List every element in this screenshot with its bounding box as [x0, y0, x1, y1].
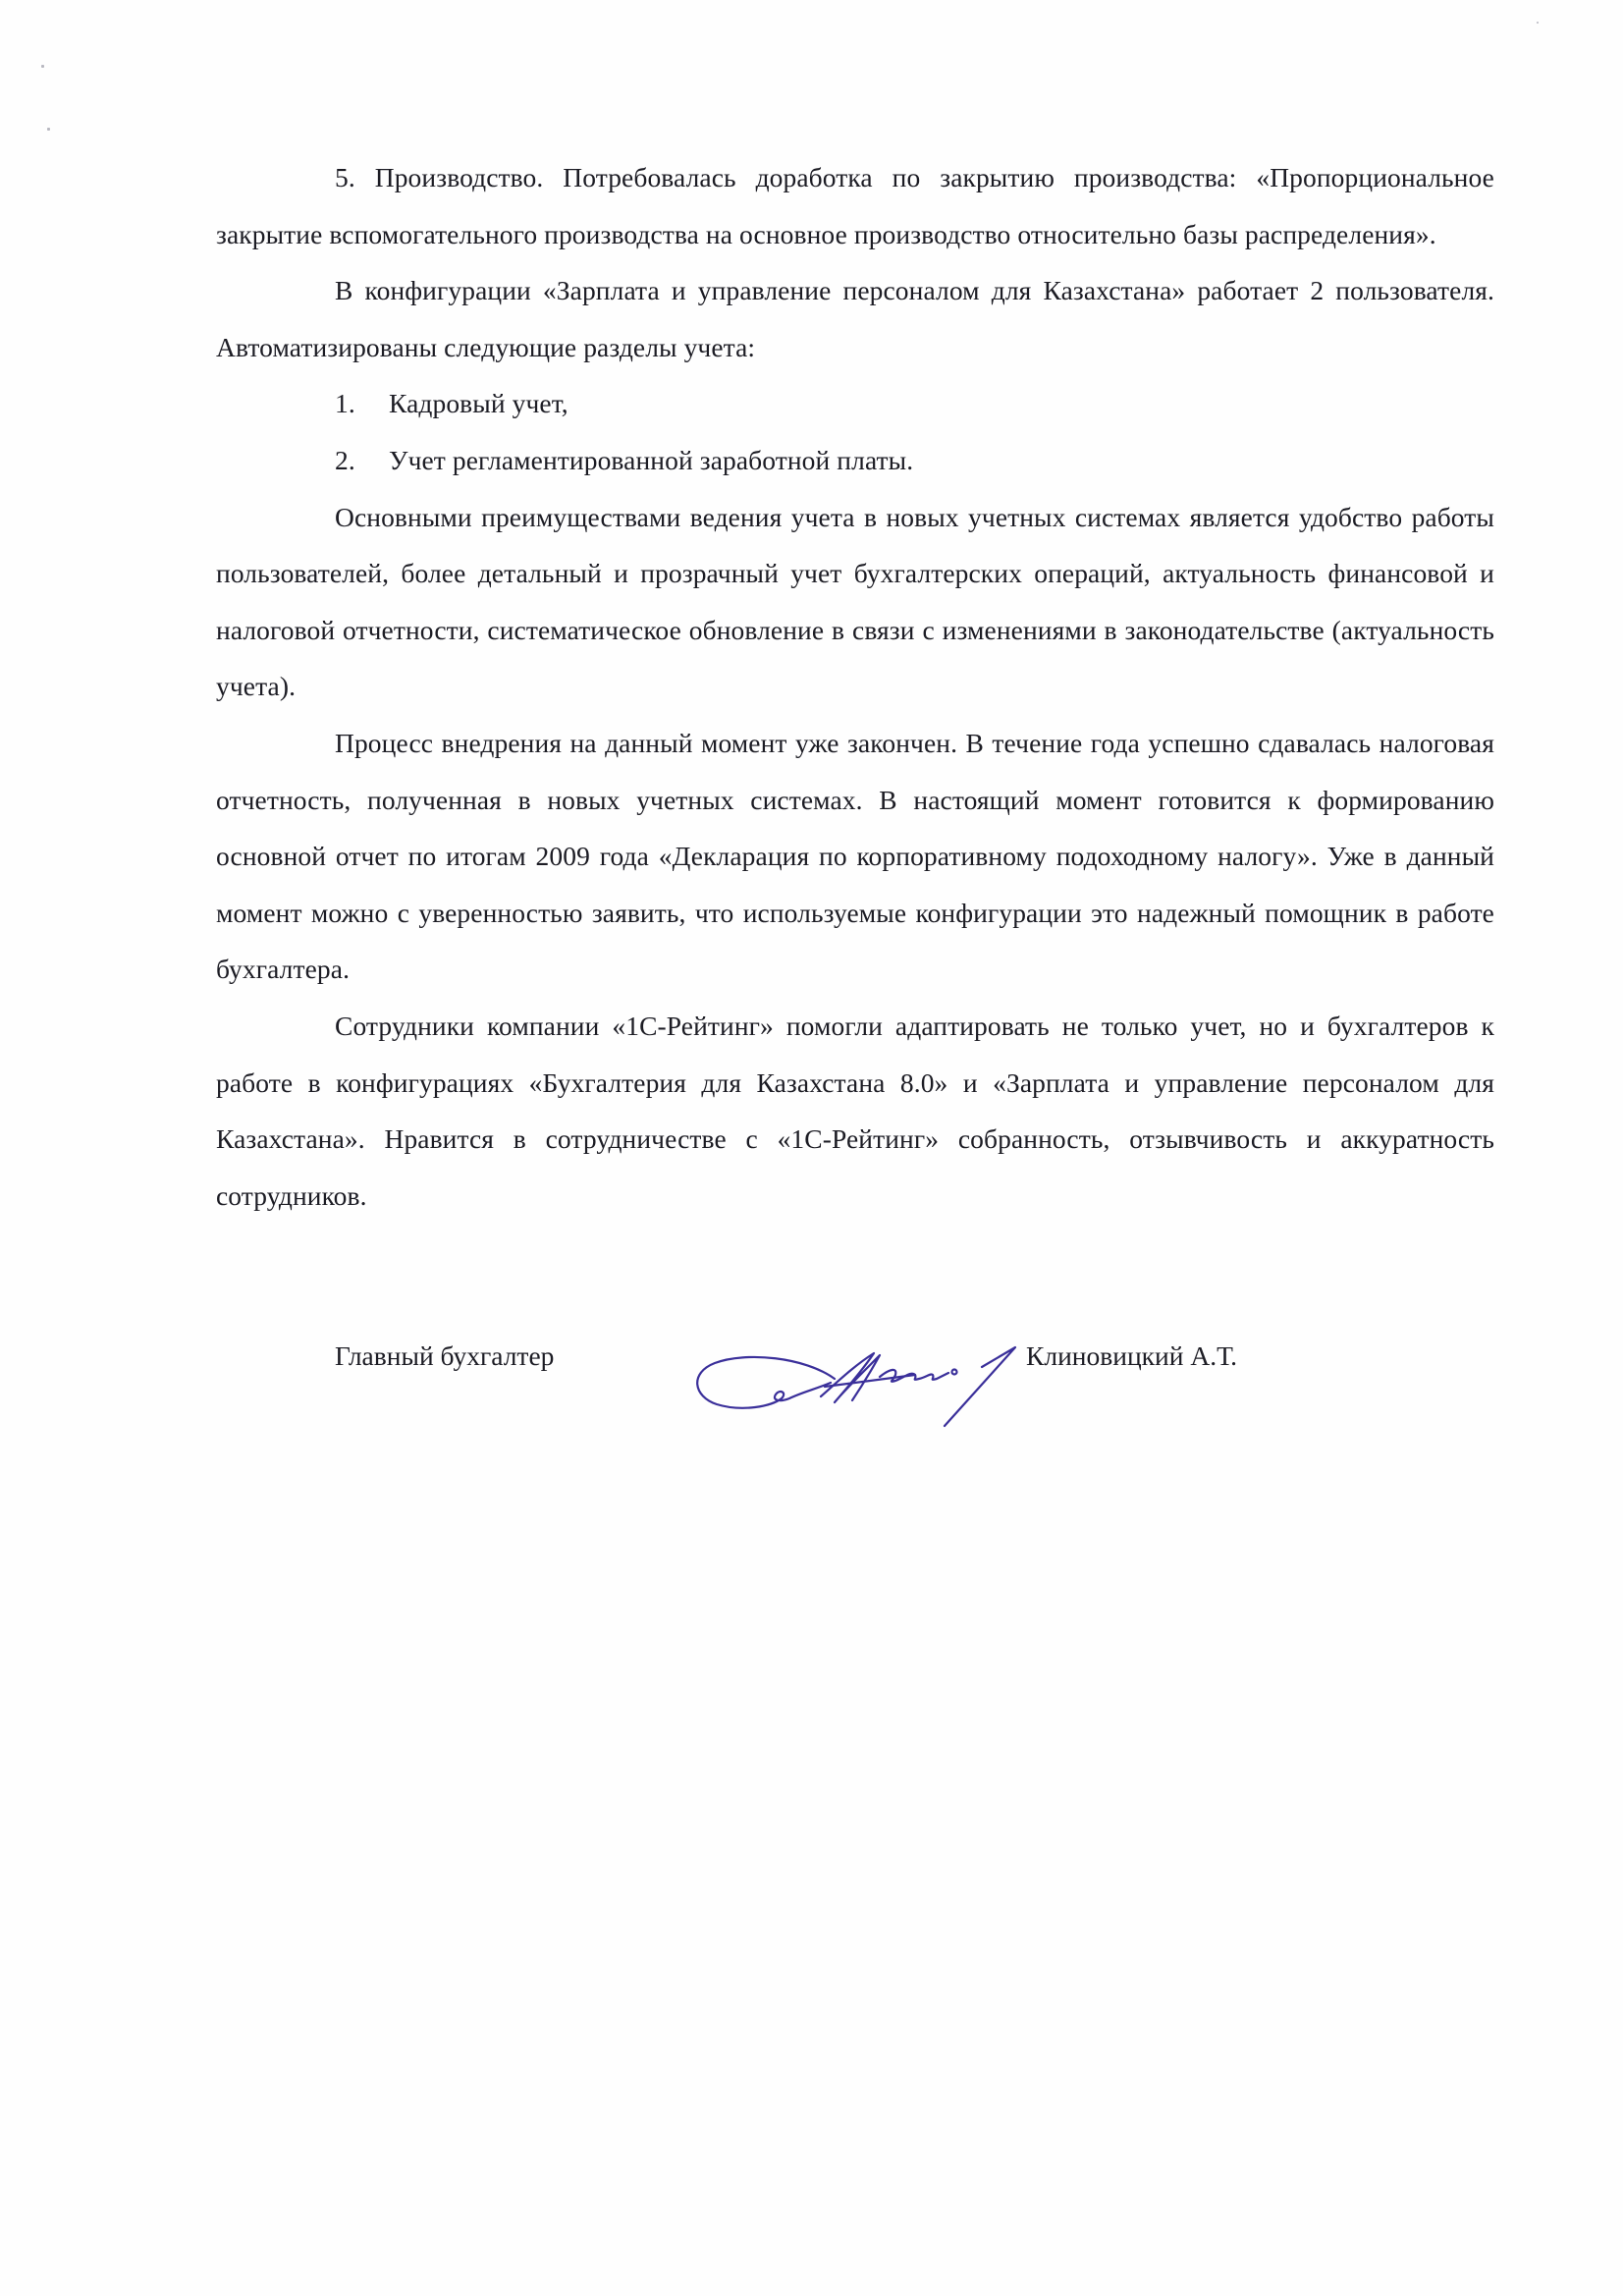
paragraph-production: 5. Производство. Потребовалась доработка… [216, 149, 1494, 262]
scan-speck [1537, 22, 1539, 24]
paragraph-thanks: Сотрудники компании «1С-Рейтинг» помогли… [216, 998, 1494, 1224]
paragraph-payroll-config: В конфигурации «Зарплата и управление пе… [216, 262, 1494, 375]
list-item: 2. Учет регламентированной заработной пл… [216, 432, 1494, 489]
scan-speck [41, 65, 44, 68]
signatory-name: Клиновицкий А.Т. [1026, 1328, 1237, 1385]
list-item-text: Кадровый учет, [389, 375, 568, 432]
list-item: 1. Кадровый учет, [216, 375, 1494, 432]
document-body: 5. Производство. Потребовалась доработка… [216, 149, 1494, 1224]
scanned-page: 5. Производство. Потребовалась доработка… [0, 0, 1623, 2296]
signatory-title: Главный бухгалтер [335, 1328, 554, 1385]
scan-speck [47, 128, 50, 131]
paragraph-implementation: Процесс внедрения на данный момент уже з… [216, 715, 1494, 998]
list-item-number: 1. [335, 375, 389, 432]
signature-block: Главный бухгалтер Клиновицкий А.Т. [335, 1328, 1513, 1436]
handwritten-signature-icon [687, 1320, 1021, 1438]
list-item-number: 2. [335, 432, 389, 489]
paragraph-advantages: Основными преимуществами ведения учета в… [216, 489, 1494, 715]
list-item-text: Учет регламентированной заработной платы… [389, 432, 913, 489]
automated-sections-list: 1. Кадровый учет, 2. Учет регламентирова… [216, 375, 1494, 488]
